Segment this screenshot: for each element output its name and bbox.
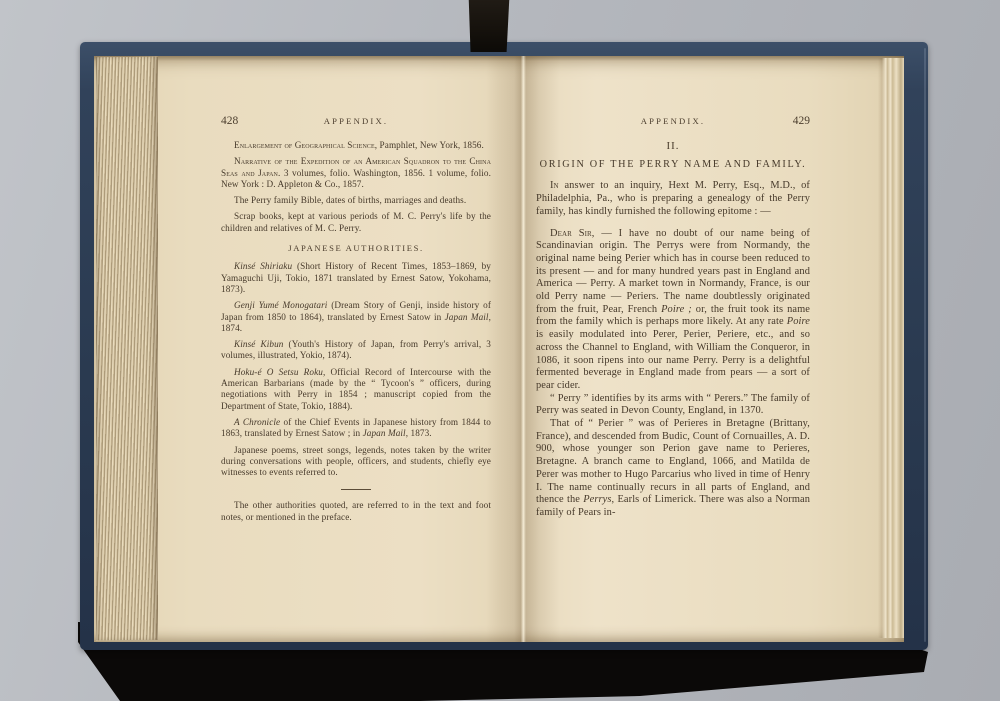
text-segment: II. xyxy=(667,140,680,152)
text-segment: Japan Mail xyxy=(445,312,489,322)
paragraph-para: That of “ Perier ” was of Perieres in Br… xyxy=(536,418,810,520)
paragraph-entry: A Chronicle of the Chief Events in Japan… xyxy=(221,417,491,440)
text-segment: , 1873. xyxy=(406,428,432,438)
text-segment: That of “ Perier ” was of Perieres in Br… xyxy=(536,418,810,505)
left-running-head: APPENDIX. xyxy=(324,116,388,126)
paragraph-entry: Kinsé Kibun (Youth's History of Japan, f… xyxy=(221,339,491,362)
left-page-text: Enlargement of Geographical Science, Pam… xyxy=(221,140,491,523)
text-segment: Genji Yumé Monogatari xyxy=(234,300,327,310)
text-segment: answer to an inquiry, Hext M. Perry, Esq… xyxy=(536,180,810,216)
text-segment: — I have no doubt of our name being of S… xyxy=(536,228,810,315)
left-page-header: 428 APPENDIX. xyxy=(221,115,491,127)
right-page: APPENDIX. 429 II.ORIGIN OF THE PERRY NAM… xyxy=(536,115,810,520)
book-stand-clamp xyxy=(467,0,511,52)
text-segment: “ Perry ” identifies by its arms with “ … xyxy=(536,393,810,417)
paragraph-entry: The other authorities quoted, are referr… xyxy=(221,500,491,523)
paragraph-title: ORIGIN OF THE PERRY NAME AND FAMILY. xyxy=(536,159,810,172)
paragraph-entry: Genji Yumé Monogatari (Dream Story of Ge… xyxy=(221,300,491,334)
paragraph-entry: The Perry family Bible, dates of births,… xyxy=(221,195,491,206)
paragraph-entry: Scrap books, kept at various periods of … xyxy=(221,211,491,234)
text-segment: Dear Sir, xyxy=(550,228,595,239)
text-segment: A Chronicle xyxy=(234,417,280,427)
paragraph-entry: Hoku-é O Setsu Roku, Official Record of … xyxy=(221,367,491,412)
paragraph-entry: Narrative of the Expedition of an Americ… xyxy=(221,156,491,190)
text-segment: In xyxy=(550,180,559,191)
section-divider xyxy=(341,489,371,490)
right-page-text: II.ORIGIN OF THE PERRY NAME AND FAMILY.I… xyxy=(536,140,810,520)
paragraph-num_heading: II. xyxy=(536,140,810,153)
text-segment: Hoku-é O Setsu Roku xyxy=(234,367,323,377)
text-segment: Perrys xyxy=(583,494,611,505)
text-segment: Poire ; xyxy=(661,304,692,315)
left-page-number: 428 xyxy=(221,115,324,127)
paragraph-entry: Enlargement of Geographical Science, Pam… xyxy=(221,140,491,151)
text-segment: Japanese poems, street songs, legends, n… xyxy=(221,445,491,478)
text-segment: JAPANESE AUTHORITIES. xyxy=(288,243,423,253)
right-running-head: APPENDIX. xyxy=(641,116,705,126)
text-segment: Kinsé Shiriaku xyxy=(234,261,292,271)
text-segment: Japan Mail xyxy=(363,428,406,438)
text-segment: The Perry family Bible, dates of births,… xyxy=(234,195,466,205)
text-segment: Pamphlet, New York, 1856. xyxy=(377,140,484,150)
paragraph-entry: Japanese poems, street songs, legends, n… xyxy=(221,445,491,479)
paragraph-para: “ Perry ” identifies by its arms with “ … xyxy=(536,393,810,418)
paragraph-heading: JAPANESE AUTHORITIES. xyxy=(221,243,491,254)
right-page-number: 429 xyxy=(705,115,810,127)
right-page-header: APPENDIX. 429 xyxy=(536,115,810,127)
text-segment: Scrap books, kept at various periods of … xyxy=(221,211,491,232)
text-segment: Poire xyxy=(787,316,810,327)
text-segment: ORIGIN OF THE PERRY NAME AND FAMILY. xyxy=(540,159,807,170)
paragraph-intro: In answer to an inquiry, Hext M. Perry, … xyxy=(536,180,810,218)
paragraph-entry: Kinsé Shiriaku (Short History of Recent … xyxy=(221,261,491,295)
text-segment: is easily modulated into Perer, Perier, … xyxy=(536,329,810,391)
paragraph-para: Dear Sir, — I have no doubt of our name … xyxy=(536,228,810,393)
book-photograph: 428 APPENDIX. Enlargement of Geographica… xyxy=(0,0,1000,701)
right-page-edges xyxy=(878,58,904,638)
text-segment: Enlargement of Geographical Science, xyxy=(234,140,377,150)
text-segment: The other authorities quoted, are referr… xyxy=(221,500,491,521)
fore-edge-page-stack xyxy=(96,57,158,640)
text-segment: Kinsé Kibun xyxy=(234,339,283,349)
left-page: 428 APPENDIX. Enlargement of Geographica… xyxy=(221,115,491,528)
